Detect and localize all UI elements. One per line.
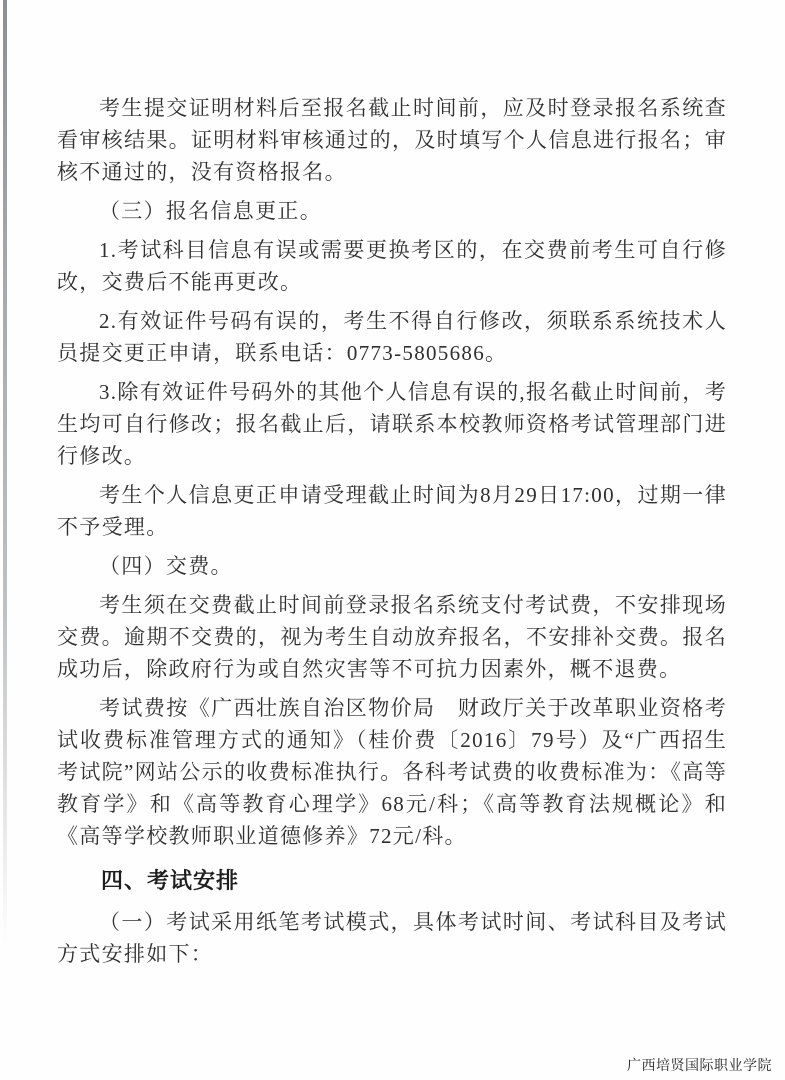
scan-edge-shadow bbox=[3, 0, 7, 945]
page-footer-college-name: 广西培贤国际职业学院 bbox=[627, 1055, 772, 1075]
paragraph-fee-standards: 考试费按《广西壮族自治区物价局 财政厅关于改革职业资格考试收费标准管理方式的通知… bbox=[57, 692, 727, 852]
scanned-document-page: 考生提交证明材料后至报名截止时间前，应及时登录报名系统查看审核结果。证明材料审核… bbox=[0, 0, 785, 1080]
paragraph-item-3-other-info-correction: 3.除有效证件号码外的其他个人信息有误的,报名截止时间前，考生均可自行修改；报名… bbox=[57, 376, 727, 472]
paragraph-exam-mode-intro: （一）考试采用纸笔考试模式，具体考试时间、考试科目及考试方式安排如下： bbox=[57, 906, 727, 970]
paragraph-correction-deadline: 考生个人信息更正申请受理截止时间为8月29日17:00，过期一律不予受理。 bbox=[57, 479, 727, 543]
paragraph-payment-rules: 考生须在交费截止时间前登录报名系统支付考试费，不安排现场交费。逾期不交费的，视为… bbox=[57, 589, 727, 685]
subsection-heading-3-info-correction: （三）报名信息更正。 bbox=[57, 195, 727, 227]
subsection-heading-4-payment: （四）交费。 bbox=[57, 550, 727, 582]
document-body: 考生提交证明材料后至报名截止时间前，应及时登录报名系统查看审核结果。证明材料审核… bbox=[57, 92, 727, 977]
section-heading-4-exam-arrangement: 四、考试安排 bbox=[57, 865, 727, 897]
paragraph-item-2-id-number-correction: 2.有效证件号码有误的，考生不得自行修改，须联系系统技术人员提交更正申请，联系电… bbox=[57, 305, 727, 369]
paragraph-item-1-subject-change: 1.考试科目信息有误或需要更换考区的，在交费前考生可自行修改，交费后不能再更改。 bbox=[57, 234, 727, 298]
paragraph-review-results: 考生提交证明材料后至报名截止时间前，应及时登录报名系统查看审核结果。证明材料审核… bbox=[57, 92, 727, 188]
